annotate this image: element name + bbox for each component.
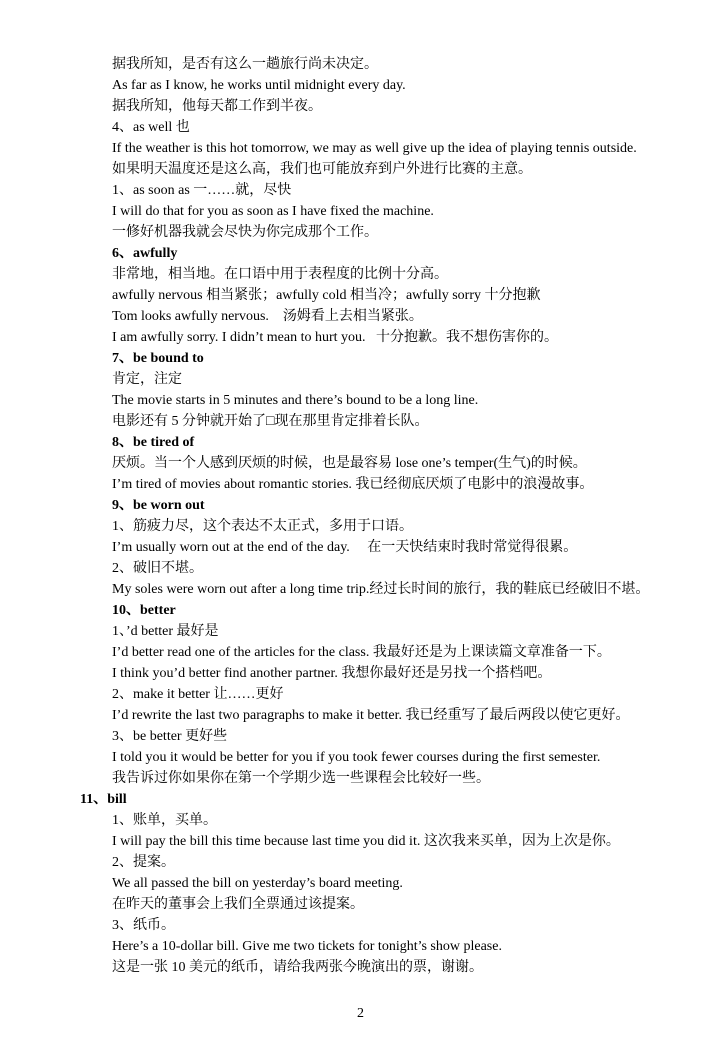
text-line: 3、纸币。 xyxy=(112,915,711,936)
text-line: I am awfully sorry. I didn’t mean to hur… xyxy=(112,327,711,348)
text-line: As far as I know, he works until midnigh… xyxy=(112,75,711,96)
text-line: 一修好机器我就会尽快为你完成那个工作。 xyxy=(112,222,711,243)
text-line: 1、账单，买单。 xyxy=(112,810,711,831)
text-line: 厌烦。当一个人感到厌烦的时候，也是最容易 lose one’s temper(生… xyxy=(112,453,711,474)
text-line: I’d rewrite the last two paragraphs to m… xyxy=(112,705,711,726)
text-line: 2、破旧不堪。 xyxy=(112,558,711,579)
text-line: 3、be better 更好些 xyxy=(112,726,711,747)
text-line: 肯定，注定 xyxy=(112,369,711,390)
text-line: I’m usually worn out at the end of the d… xyxy=(112,537,711,558)
text-line: awfully nervous 相当紧张；awfully cold 相当冷；aw… xyxy=(112,285,711,306)
text-line: 1、筋疲力尽，这个表达不太正式，多用于口语。 xyxy=(112,516,711,537)
text-line: 2、make it better 让……更好 xyxy=(112,684,711,705)
text-line: My soles were worn out after a long time… xyxy=(112,579,711,600)
text-line: Tom looks awfully nervous. 汤姆看上去相当紧张。 xyxy=(112,306,711,327)
text-line: 我告诉过你如果你在第一个学期少选一些课程会比较好一些。 xyxy=(112,768,711,789)
text-line: Here’s a 10-dollar bill. Give me two tic… xyxy=(112,936,711,957)
text-line: I think you’d better find another partne… xyxy=(112,663,711,684)
text-line: 1、as soon as 一……就，尽快 xyxy=(112,180,711,201)
text-line: If the weather is this hot tomorrow, we … xyxy=(112,138,711,159)
text-line: 4、as well 也 xyxy=(112,117,711,138)
entry-heading: 10、better xyxy=(112,600,711,621)
text-line: I’d better read one of the articles for … xyxy=(112,642,711,663)
entry-heading: 9、be worn out xyxy=(112,495,711,516)
text-line: 如果明天温度还是这么高，我们也可能放弃到户外进行比赛的主意。 xyxy=(112,159,711,180)
text-line: The movie starts in 5 minutes and there’… xyxy=(112,390,711,411)
entry-heading: 11、bill xyxy=(80,789,711,810)
text-line: 1、’d better 最好是 xyxy=(112,621,711,642)
text-line: I’m tired of movies about romantic stori… xyxy=(112,474,711,495)
text-line: 据我所知，他每天都工作到半夜。 xyxy=(112,96,711,117)
text-line: I will pay the bill this time because la… xyxy=(112,831,711,852)
text-line: 电影还有 5 分钟就开始了□现在那里肯定排着长队。 xyxy=(112,411,711,432)
entry-heading: 6、awfully xyxy=(112,243,711,264)
page-number: 2 xyxy=(0,1003,721,1024)
text-line: I told you it would be better for you if… xyxy=(112,747,711,768)
entry-heading: 7、be bound to xyxy=(112,348,711,369)
document-body: 据我所知，是否有这么一趟旅行尚未决定。As far as I know, he … xyxy=(80,54,711,978)
text-line: I will do that for you as soon as I have… xyxy=(112,201,711,222)
text-line: 在昨天的董事会上我们全票通过该提案。 xyxy=(112,894,711,915)
text-line: 据我所知，是否有这么一趟旅行尚未决定。 xyxy=(112,54,711,75)
text-line: 非常地，相当地。在口语中用于表程度的比例十分高。 xyxy=(112,264,711,285)
text-line: 2、提案。 xyxy=(112,852,711,873)
entry-heading: 8、be tired of xyxy=(112,432,711,453)
text-line: 这是一张 10 美元的纸币，请给我两张今晚演出的票，谢谢。 xyxy=(112,957,711,978)
document-page: 据我所知，是否有这么一趟旅行尚未决定。As far as I know, he … xyxy=(0,0,721,1050)
text-line: We all passed the bill on yesterday’s bo… xyxy=(112,873,711,894)
